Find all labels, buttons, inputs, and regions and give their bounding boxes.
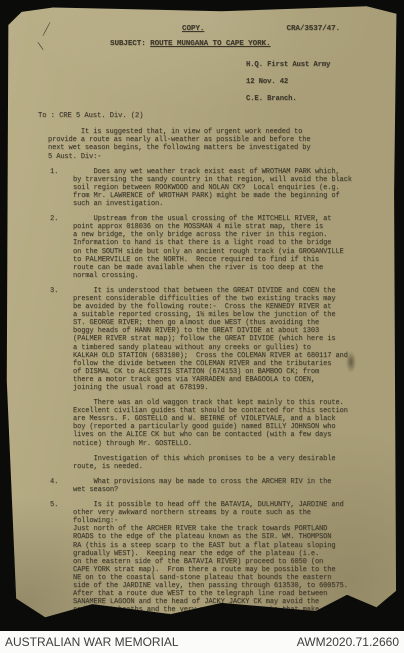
intro-paragraph: It is suggested that, in view of urgent … xyxy=(48,128,348,160)
item-number xyxy=(50,399,73,448)
subject-title: ROUTE MUNGANA TO CAPE YORK. xyxy=(150,40,270,48)
item-3-guides-paragraph: There was an old waggon track that kept … xyxy=(50,399,398,448)
item-number: 2. xyxy=(50,215,73,280)
paper-sheet: COPY. CRA/3537/47. SUBJECT: ROUTE MUNGAN… xyxy=(6,5,398,631)
document-photo: COPY. CRA/3537/47. SUBJECT: ROUTE MUNGAN… xyxy=(0,0,404,653)
reference-number: CRA/3537/47. xyxy=(287,25,340,33)
item-3-investigation-paragraph: Investigation of this which promises to … xyxy=(50,455,398,471)
copy-label: COPY. xyxy=(182,25,204,33)
item-text: Is it possible to head off the BATAVIA, … xyxy=(73,501,373,622)
header-row: COPY. CRA/3537/47. xyxy=(6,25,398,33)
ink-smudge xyxy=(346,351,356,373)
item-text: It is understood that between the GREAT … xyxy=(73,287,373,392)
numbered-item-3: 3. It is understood that between the GRE… xyxy=(50,287,398,392)
item-number: 3. xyxy=(50,287,73,392)
item-text: Upstream from the usual crossing of the … xyxy=(73,215,373,280)
item-number: 4. xyxy=(50,478,73,494)
item-text: What provisions may be made to cross the… xyxy=(73,478,373,494)
archive-caption-strip: AUSTRALIAN WAR MEMORIAL AWM2020.71.2660 xyxy=(0,631,404,653)
awm-accession-number: AWM2020.71.2660 xyxy=(297,635,399,649)
item-number xyxy=(50,455,73,471)
awm-caption: AUSTRALIAN WAR MEMORIAL xyxy=(5,635,179,649)
date-line: 12 Nov. 42 xyxy=(246,74,398,91)
item-number: 1. xyxy=(50,168,73,208)
numbered-item-5: 5. Is it possible to head off the BATAVI… xyxy=(50,501,398,622)
item-number: 5. xyxy=(50,501,73,622)
pencil-mark xyxy=(37,42,44,51)
item-text: Does any wet weather track exist east of… xyxy=(73,168,373,208)
addressee-line: To : CRE 5 Aust. Div. (2) xyxy=(38,112,398,120)
subject-label: SUBJECT: xyxy=(110,40,146,48)
item-text: There was an old waggon track that kept … xyxy=(73,399,373,448)
branch-line: C.E. Branch. xyxy=(246,91,398,108)
origin-block: H.Q. First Aust Army 12 Nov. 42 C.E. Bra… xyxy=(246,57,398,108)
subject-line: SUBJECT: ROUTE MUNGANA TO CAPE YORK. xyxy=(110,40,398,48)
numbered-item-2: 2. Upstream from the usual crossing of t… xyxy=(50,215,398,280)
item-text: Investigation of this which promises to … xyxy=(73,455,373,471)
numbered-item-4: 4. What provisions may be made to cross … xyxy=(50,478,398,494)
hq-line: H.Q. First Aust Army xyxy=(246,57,398,74)
numbered-item-1: 1. Does any wet weather track exist east… xyxy=(50,168,398,208)
